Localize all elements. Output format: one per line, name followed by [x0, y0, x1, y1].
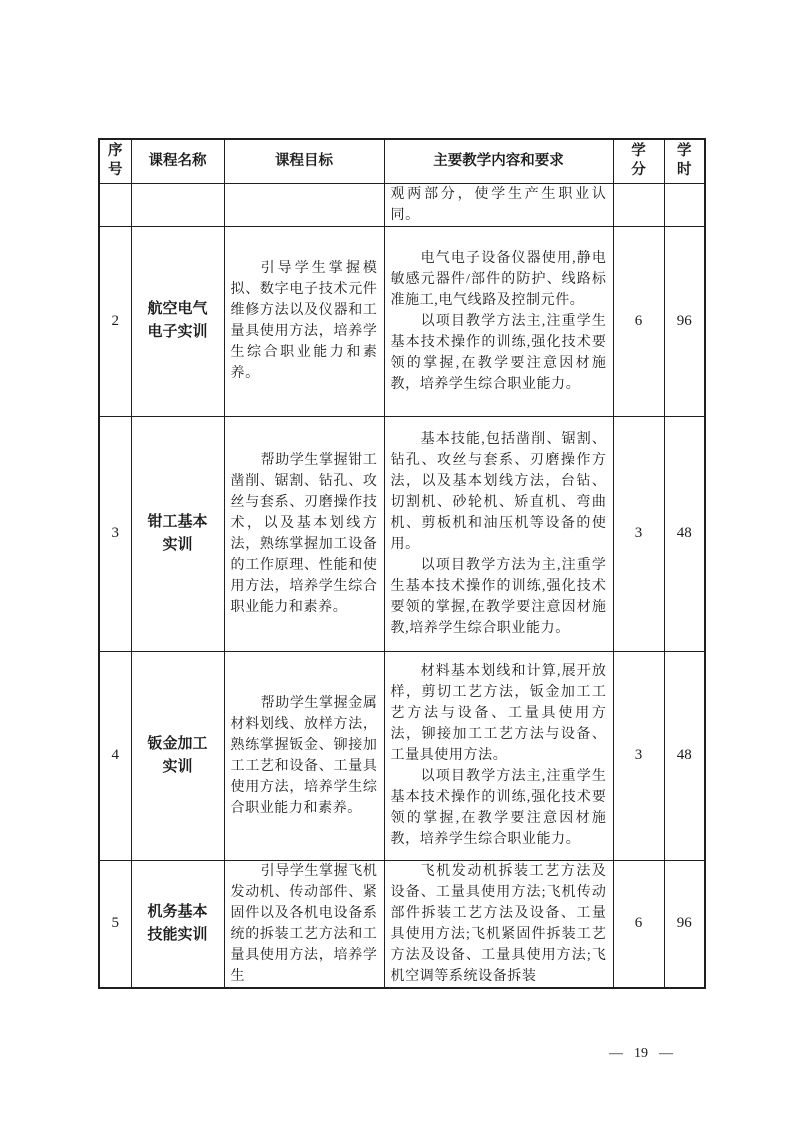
course-objective: 引导学生掌握飞机发动机、传动部件、紧固件以及各机电设备系统的拆装工艺方法和工量具…: [224, 860, 384, 988]
course-name: 航空电气电子实训: [131, 226, 224, 416]
course-row-2: 2航空电气电子实训引导学生掌握模拟、数字电子技术元件维修方法以及仪器和工量具使用…: [99, 226, 705, 416]
table-head: 序号课程名称课程目标主要教学内容和要求学分学时: [99, 139, 705, 183]
continuation-row: 观两部分，使学生产生职业认同。: [99, 183, 705, 226]
course-objective: 帮助学生掌握金属材料划线、放样方法，熟练掌握钣金、铆接加工工艺和设备、工量具使用…: [224, 651, 384, 860]
course-row-4: 4钣金加工实训帮助学生掌握金属材料划线、放样方法，熟练掌握钣金、铆接加工工艺和设…: [99, 651, 705, 860]
course-credits: 3: [613, 651, 664, 860]
course-number: 3: [99, 416, 131, 651]
course-objective: 引导学生掌握模拟、数字电子技术元件维修方法以及仪器和工量具使用方法，培养学生综合…: [224, 226, 384, 416]
course-row-3: 3钳工基本实训帮助学生掌握钳工凿削、锯割、钻孔、攻丝与套系、刃磨操作技术，以及基…: [99, 416, 705, 651]
column-header-hours: 学时: [664, 139, 705, 183]
course-hours: [664, 183, 705, 226]
course-name: 钣金加工实训: [131, 651, 224, 860]
course-name: [131, 183, 224, 226]
course-credits: 3: [613, 416, 664, 651]
column-header-content: 主要教学内容和要求: [384, 139, 613, 183]
course-content: 材料基本划线和计算,展开放样，剪切工艺方法，钣金加工工艺方法与设备、工量具使用方…: [384, 651, 613, 860]
course-credits: 6: [613, 226, 664, 416]
course-content: 观两部分，使学生产生职业认同。: [384, 183, 613, 226]
course-credits: 6: [613, 860, 664, 988]
course-content: 电气电子设备仪器使用,静电敏感元器件/部件的防护、线路标准施工,电气线路及控制元…: [384, 226, 613, 416]
curriculum-table: 序号课程名称课程目标主要教学内容和要求学分学时 观两部分，使学生产生职业认同。2…: [98, 138, 706, 989]
footer-dash-right: —: [659, 1046, 673, 1062]
course-hours: 96: [664, 860, 705, 988]
page-footer: — 19 —: [609, 1046, 673, 1062]
course-row-5: 5机务基本技能实训引导学生掌握飞机发动机、传动部件、紧固件以及各机电设备系统的拆…: [99, 860, 705, 988]
column-header-objective: 课程目标: [224, 139, 384, 183]
course-hours: 48: [664, 416, 705, 651]
course-number: 2: [99, 226, 131, 416]
table-header-row: 序号课程名称课程目标主要教学内容和要求学分学时: [99, 139, 705, 183]
course-number: [99, 183, 131, 226]
course-content: 基本技能,包括凿削、锯割、钻孔、攻丝与套系、刃磨操作方法，以及基本划线方法，台钻…: [384, 416, 613, 651]
course-hours: 96: [664, 226, 705, 416]
footer-dash-left: —: [609, 1046, 623, 1062]
column-header-credits: 学分: [613, 139, 664, 183]
course-objective: 帮助学生掌握钳工凿削、锯割、钻孔、攻丝与套系、刃磨操作技术，以及基本划线方法，熟…: [224, 416, 384, 651]
course-name: 钳工基本实训: [131, 416, 224, 651]
course-name: 机务基本技能实训: [131, 860, 224, 988]
table-body: 观两部分，使学生产生职业认同。2航空电气电子实训引导学生掌握模拟、数字电子技术元…: [99, 183, 705, 988]
course-objective: [224, 183, 384, 226]
course-number: 4: [99, 651, 131, 860]
course-hours: 48: [664, 651, 705, 860]
page-number: 19: [634, 1046, 648, 1062]
column-header-name: 课程名称: [131, 139, 224, 183]
course-credits: [613, 183, 664, 226]
column-header-no: 序号: [99, 139, 131, 183]
course-content: 飞机发动机拆装工艺方法及设备、工量具使用方法;飞机传动部件拆装工艺方法及设备、工…: [384, 860, 613, 988]
course-number: 5: [99, 860, 131, 988]
document-page: 序号课程名称课程目标主要教学内容和要求学分学时 观两部分，使学生产生职业认同。2…: [0, 0, 793, 1122]
